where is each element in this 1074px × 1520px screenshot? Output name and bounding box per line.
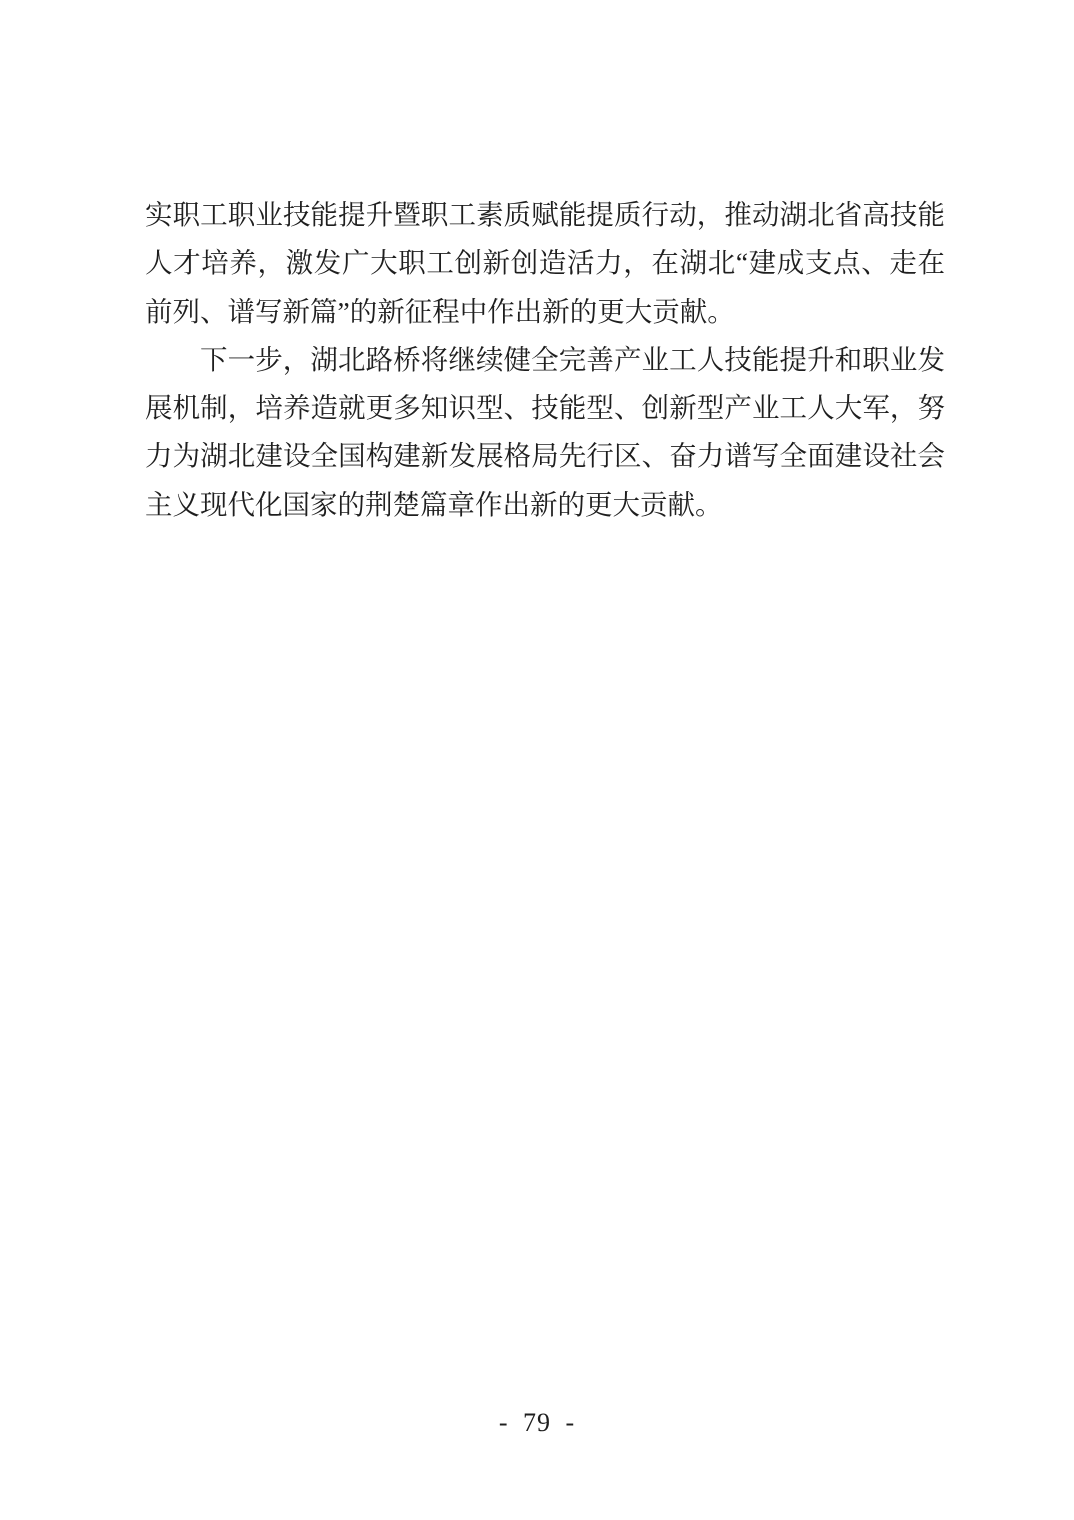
paragraph1-line1: 实职工职业技能提升暨职工素质赋能提质行动，推动湖北省高技能 [145, 191, 945, 239]
paragraph2-line1: 下一步，湖北路桥将继续健全完善产业工人技能提升和职业发 [145, 336, 945, 384]
page-number: - 79 - [0, 1408, 1074, 1438]
paragraph1-line2: 人才培养，激发广大职工创新创造活力，在湖北“建成支点、走在 [145, 239, 945, 287]
paragraph2-line3: 力为湖北建设全国构建新发展格局先行区、奋力谱写全面建设社会 [145, 432, 945, 480]
paragraph1-line3: 前列、谱写新篇”的新征程中作出新的更大贡献。 [145, 288, 945, 336]
document-page: 实职工职业技能提升暨职工素质赋能提质行动，推动湖北省高技能 人才培养，激发广大职… [0, 0, 1074, 1520]
paragraph2-line4: 主义现代化国家的荆楚篇章作出新的更大贡献。 [145, 481, 945, 529]
body-text: 实职工职业技能提升暨职工素质赋能提质行动，推动湖北省高技能 人才培养，激发广大职… [145, 191, 945, 529]
paragraph2-line2: 展机制，培养造就更多知识型、技能型、创新型产业工人大军，努 [145, 384, 945, 432]
